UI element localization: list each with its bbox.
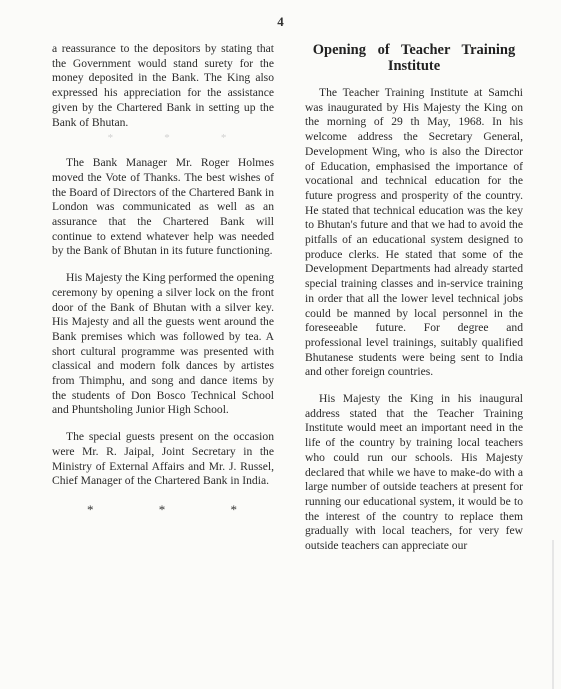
left-column: a reassurance to the depositors by stati… [52,42,274,518]
page-edge-shadow [552,540,554,689]
star-icon: * [221,130,227,146]
paragraph-institute-inauguration: The Teacher Training Institute at Samchi… [305,86,523,380]
heading-line-2: Institute [305,58,523,74]
star-icon: * [87,503,94,518]
end-separator: * * * [87,503,237,518]
paragraph-vote-of-thanks: The Bank Manager Mr. Roger Holmes moved … [52,156,274,259]
paragraph-king-address: His Majesty the King in his inaugural ad… [305,392,523,554]
heading-line-1: Opening of Teacher Training [313,42,515,58]
paragraph-special-guests: The special guests present on the occasi… [52,430,274,489]
right-column: Opening of Teacher Training Institute Th… [305,42,523,554]
star-icon: * [164,130,170,146]
paragraph-opening-ceremony: His Majesty the King performed the openi… [52,271,274,418]
article-heading: Opening of Teacher Training Institute [305,42,523,74]
page-number: 4 [0,14,561,30]
star-icon: * [231,503,238,518]
faint-separator: * * * [82,130,252,146]
star-icon: * [108,130,114,146]
star-icon: * [159,503,166,518]
paragraph-reassurance: a reassurance to the depositors by stati… [52,42,274,130]
